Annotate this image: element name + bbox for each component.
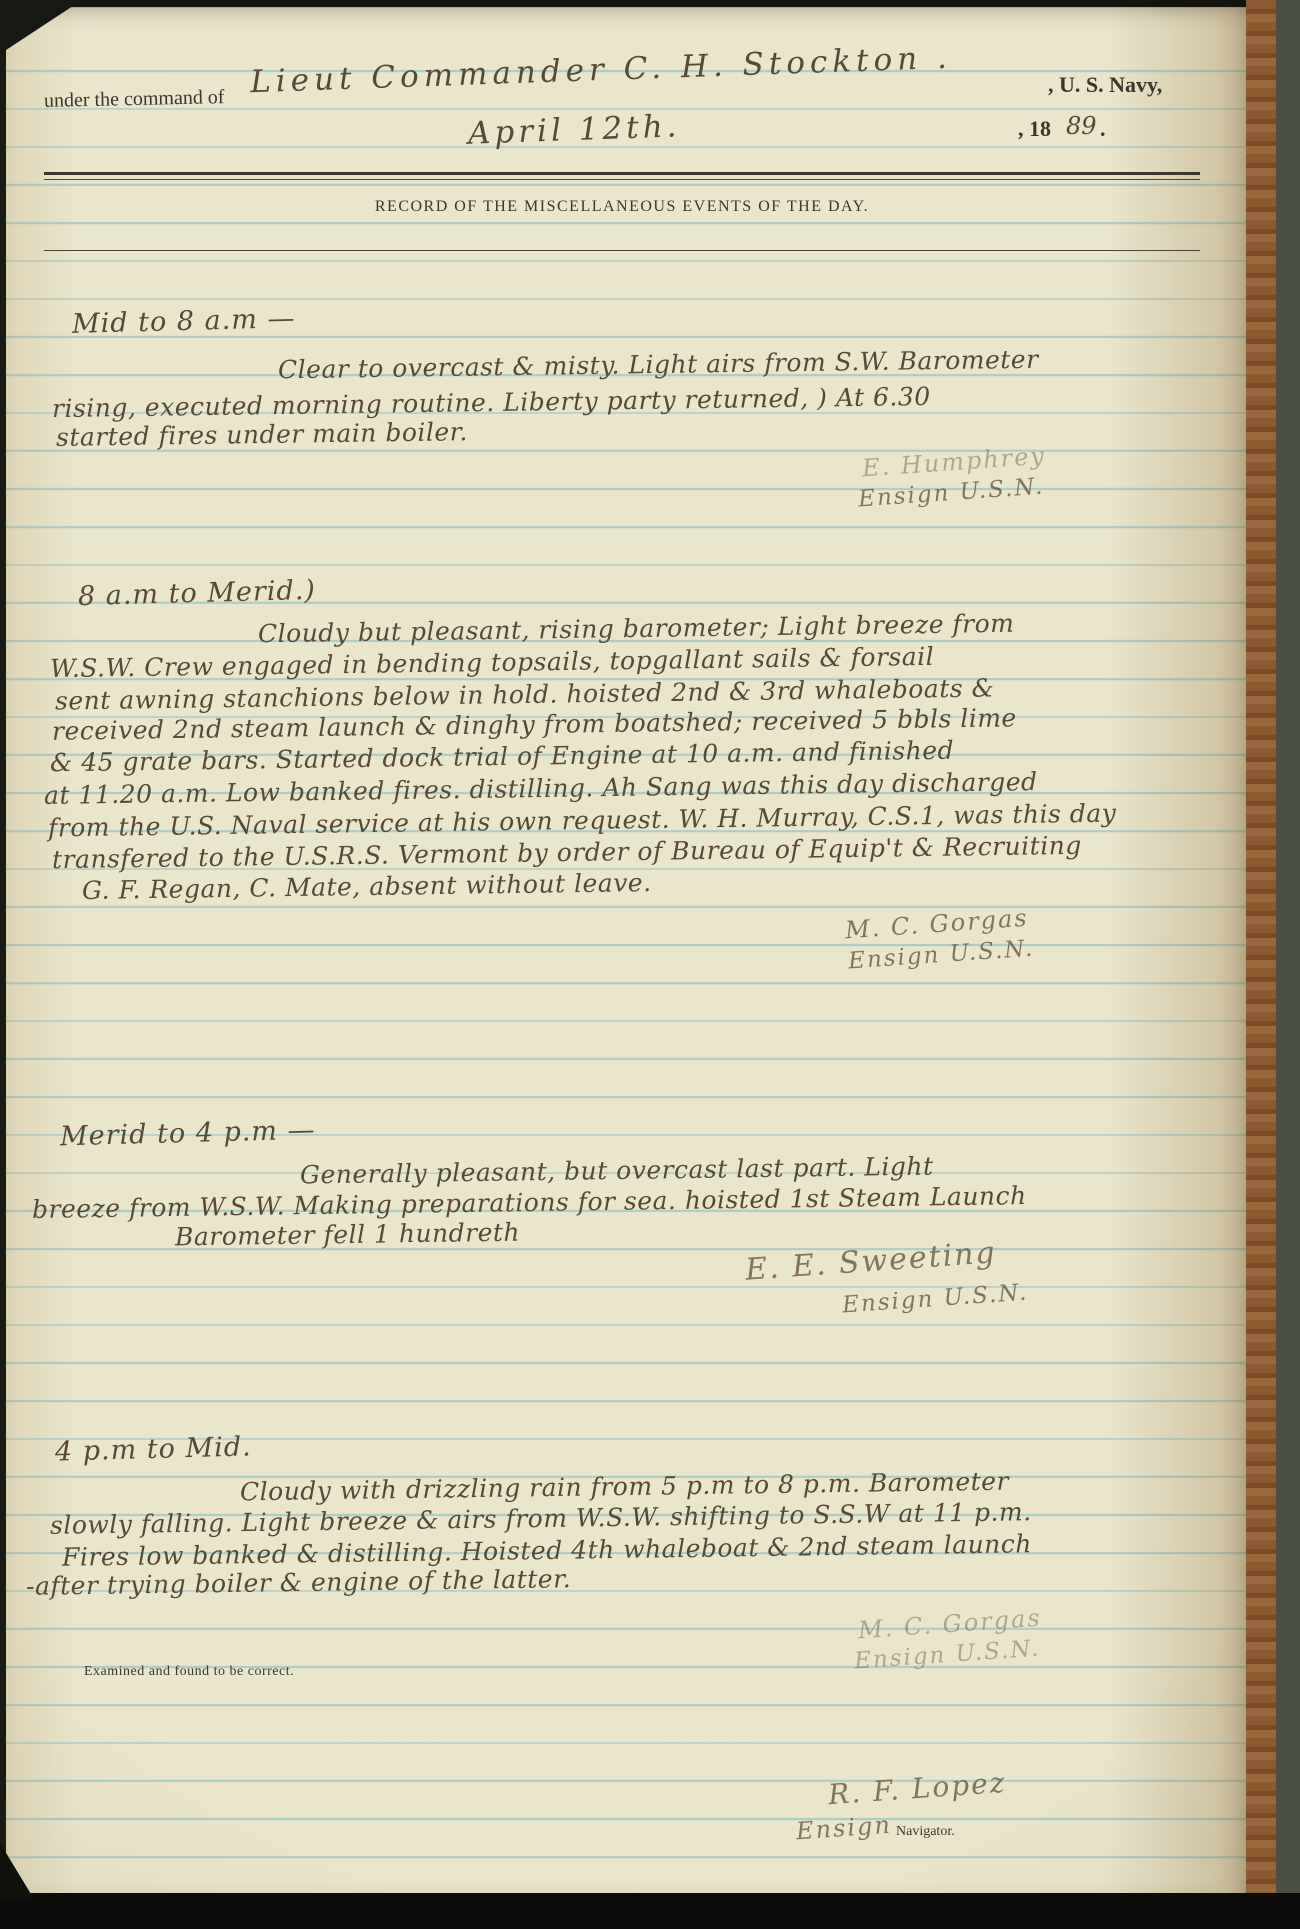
entry1-period-label: Mid to 8 a.m — bbox=[72, 303, 296, 340]
section-rule bbox=[44, 250, 1200, 251]
page-corner-top-left bbox=[0, 0, 82, 54]
printed-year-prefix: , 18 bbox=[1018, 116, 1051, 142]
printed-year-period: . bbox=[1100, 116, 1106, 142]
year-handwritten: 89 bbox=[1066, 112, 1097, 140]
header-rule-thick bbox=[44, 172, 1200, 175]
header-rule-thin bbox=[44, 179, 1200, 180]
examined-note: Examined and found to be correct. bbox=[84, 1664, 294, 1680]
printed-navigator-role: Navigator. bbox=[896, 1824, 955, 1840]
section-title: RECORD OF THE MISCELLANEOUS EVENTS OF TH… bbox=[44, 198, 1200, 216]
book-binding-edge bbox=[1246, 0, 1276, 1929]
scan-edge-left bbox=[0, 0, 6, 1929]
entry2-period-label: 8 a.m to Merid.) bbox=[78, 575, 317, 612]
logbook-page-scan: under the command of Lieut Commander C. … bbox=[0, 0, 1300, 1929]
printed-command-prefix: under the command of bbox=[44, 86, 225, 113]
scan-backdrop-right bbox=[1276, 0, 1300, 1929]
entry1-line: started fires under main boiler. bbox=[56, 417, 468, 452]
page-corner-bottom-left bbox=[0, 1843, 34, 1899]
scan-edge-top bbox=[0, 0, 1300, 7]
date-handwritten: April 12th. bbox=[467, 108, 681, 151]
scan-edge-bottom bbox=[0, 1893, 1300, 1929]
entry3-line: Barometer fell 1 hundreth bbox=[175, 1218, 520, 1252]
paper-sheet bbox=[6, 6, 1252, 1894]
entry4-period-label: 4 p.m to Mid. bbox=[55, 1431, 252, 1467]
printed-navy-label: , U. S. Navy, bbox=[1048, 72, 1162, 98]
